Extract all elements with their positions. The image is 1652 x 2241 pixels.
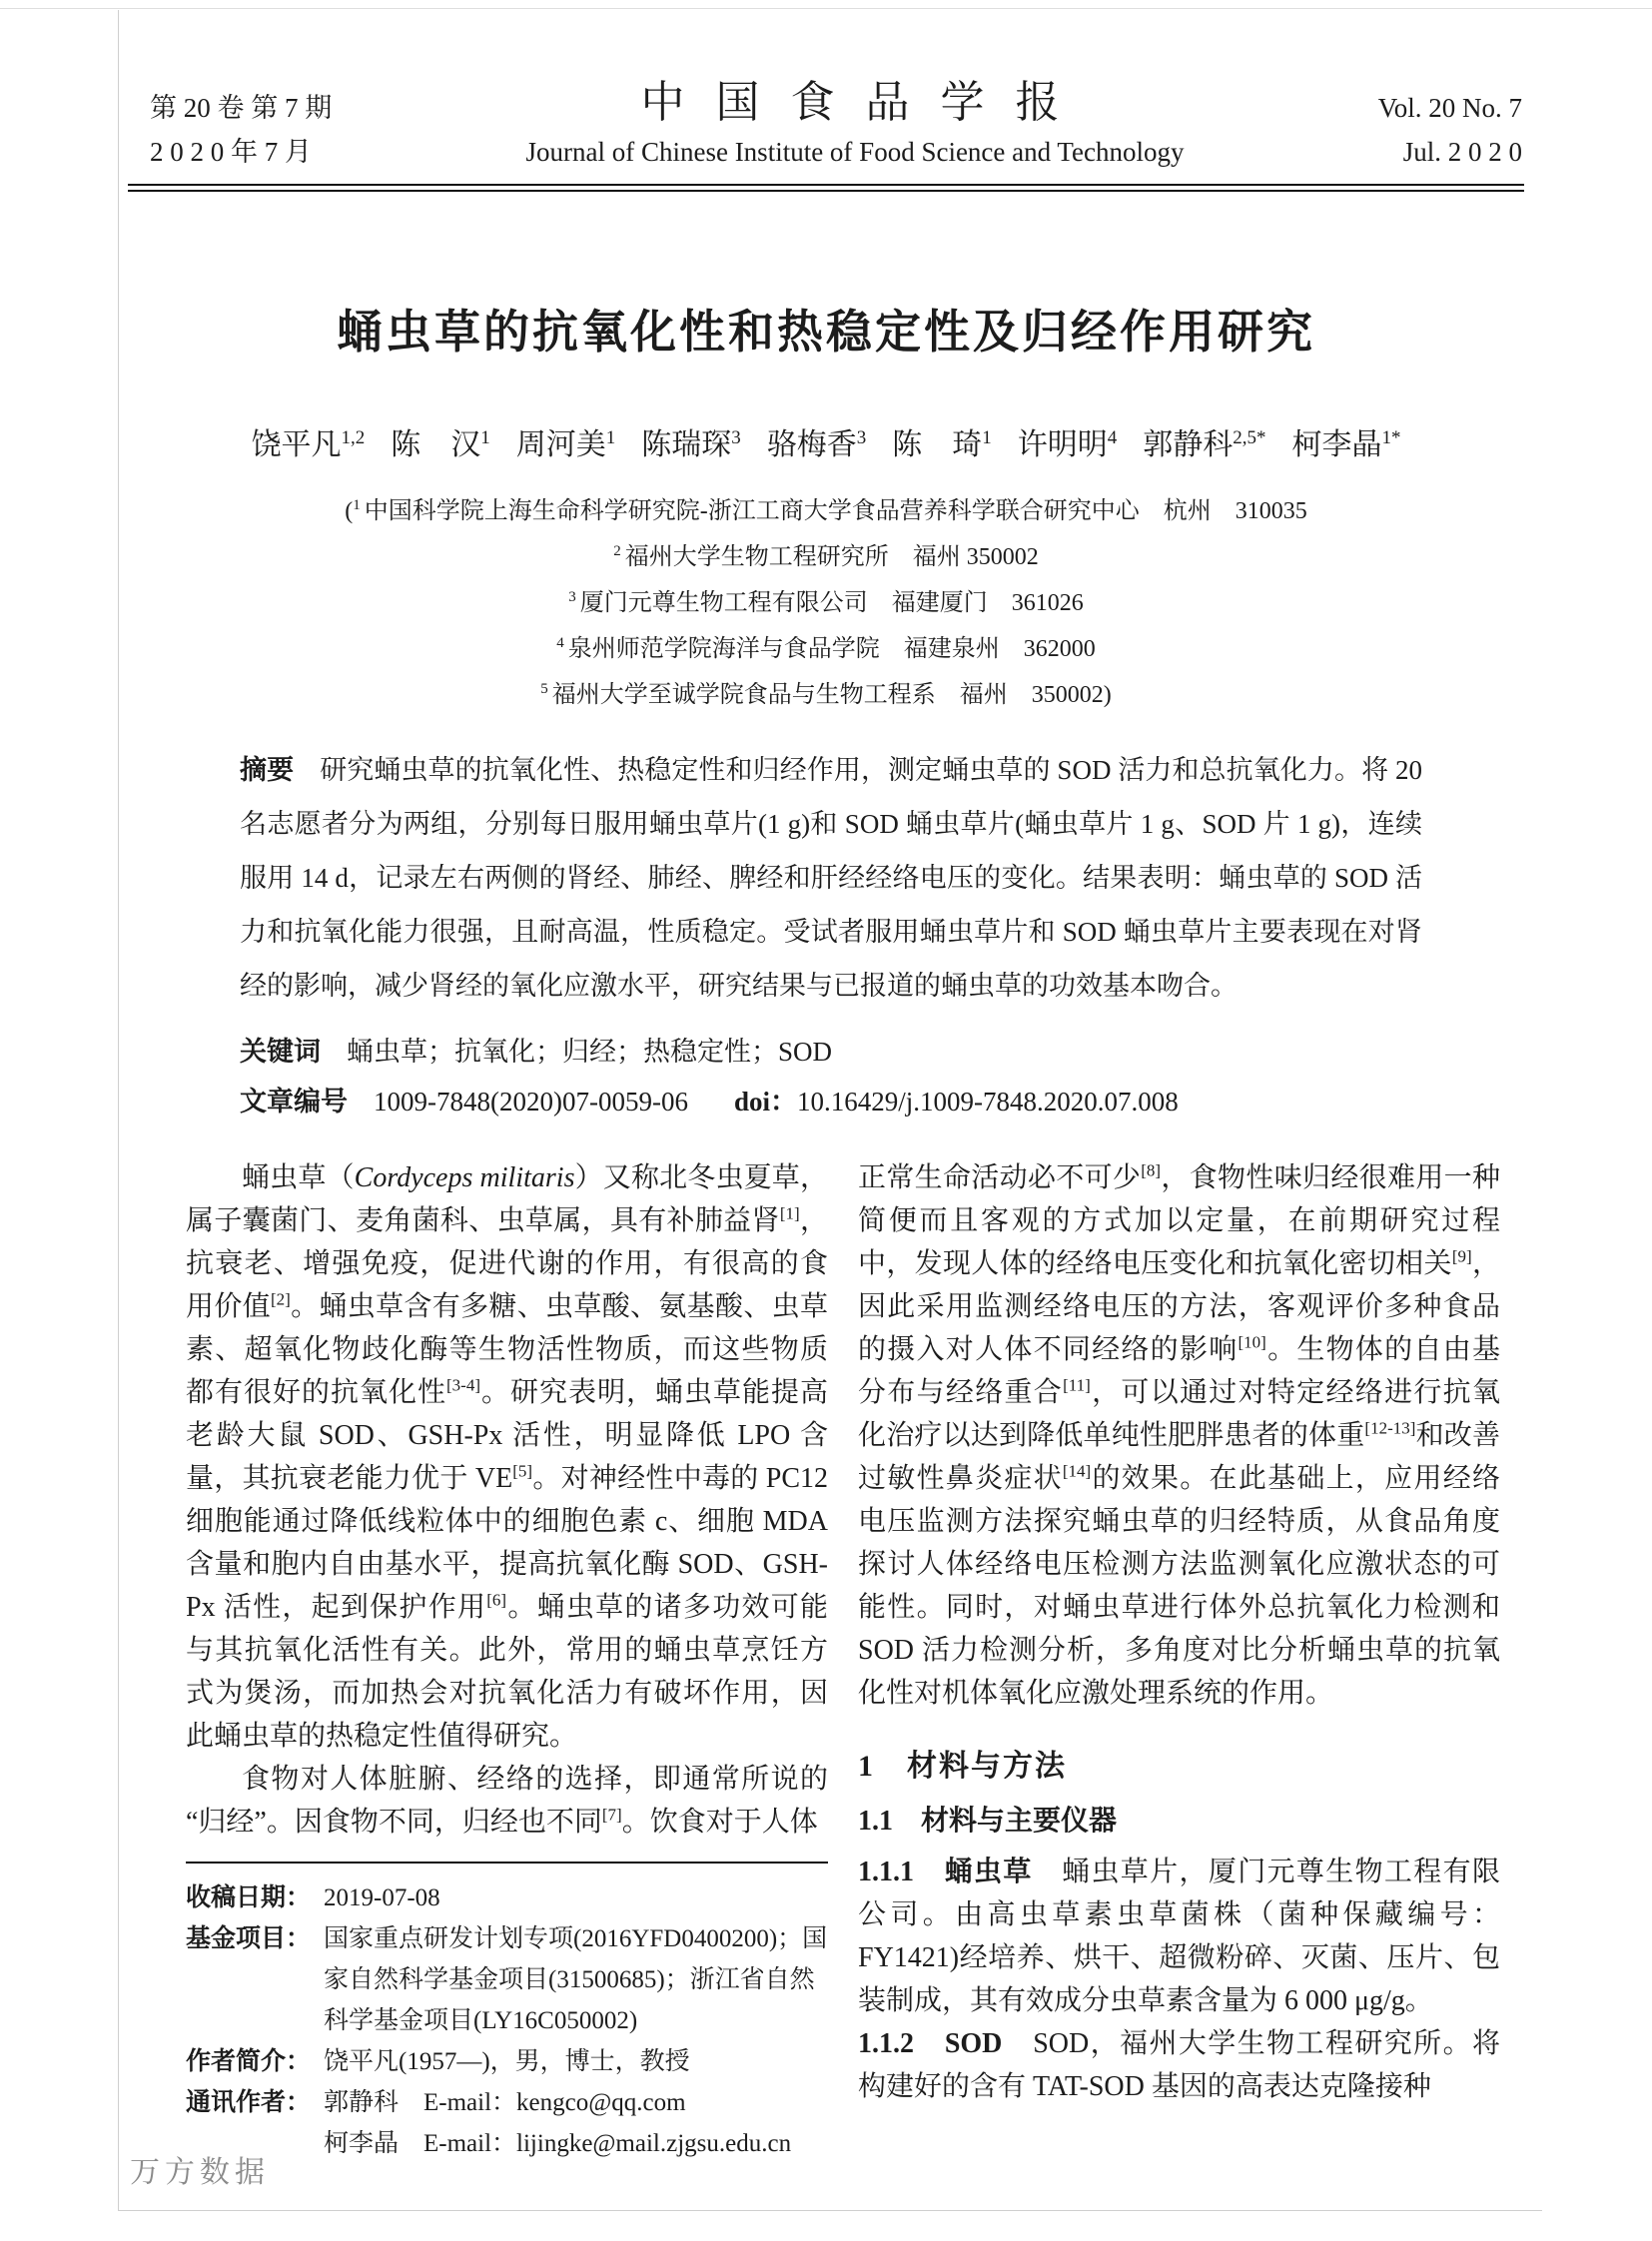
affiliations: (1中国科学院上海生命科学研究院-浙江工商大学食品营养科学联合研究中心 杭州 3…	[0, 485, 1652, 715]
author-name: 陈瑞琛	[641, 428, 731, 461]
footnote-row: 通讯作者：郭静科 E-mail：kengco@qq.com	[186, 2082, 828, 2123]
citation-ref: [5]	[512, 1462, 532, 1481]
citation-ref: [7]	[602, 1806, 622, 1825]
section-heading-1-1: 1.1 材料与主要仪器	[858, 1800, 1500, 1843]
article-number-row: 文章编号1009-7848(2020)07-0059-06doi：10.1642…	[240, 1077, 1422, 1126]
citation-ref: [8]	[1141, 1161, 1161, 1180]
footnote-label: 通讯作者：	[186, 2082, 324, 2123]
author: 骆梅香3	[767, 428, 867, 461]
footnote-label: 收稿日期：	[186, 1877, 324, 1918]
affiliation-line: 2福州大学生物工程研究所 福州 350002	[0, 531, 1652, 577]
affiliation-line: 4泉州师范学院海洋与食品学院 福建泉州 362000	[0, 623, 1652, 669]
author-name: 陈 琦	[892, 428, 982, 461]
affiliation-number: 4	[556, 635, 564, 651]
citation-ref: [11]	[1063, 1376, 1091, 1395]
text-run: 1.1.2 SOD	[858, 2028, 1002, 2059]
author-name: 许明明	[1018, 428, 1108, 461]
footnote-text: 2019-07-08	[324, 1877, 828, 1918]
author-affiliation-sup: 3	[731, 427, 741, 448]
text-run: 的效果。在此基础上，应用经络电压监测方法探究蛹虫草的归经特质，从食品角度探讨人体…	[858, 1463, 1500, 1709]
paragraph-1-1-2: 1.1.2 SOD SOD，福州大学生物工程研究所。将构建好的含有 TAT-SO…	[858, 2022, 1500, 2108]
citation-ref: [1]	[780, 1204, 800, 1223]
keywords-row: 关键词蛹虫草；抗氧化；归经；热稳定性；SOD	[240, 1027, 1422, 1077]
author-affiliation-sup: 3	[857, 427, 867, 448]
scan-edge-top	[0, 8, 1652, 9]
footnotes: 收稿日期：2019-07-08基金项目：国家重点研发计划专项(2016YFD04…	[186, 1862, 828, 2164]
paragraph-intro-1: 蛹虫草（Cordyceps militaris）又称北冬虫夏草，属子囊菌门、麦角…	[186, 1156, 828, 1758]
abstract-text: 研究蛹虫草的抗氧化性、热稳定性和归经作用，测定蛹虫草的 SOD 活力和总抗氧化力…	[240, 755, 1422, 1001]
header-volume-issue: 第 20 卷 第 7 期 2 0 2 0 年 7 月	[150, 86, 332, 174]
affiliation-number: 5	[540, 681, 548, 697]
journal-page: 第 20 卷 第 7 期 2 0 2 0 年 7 月 中 国 食 品 学 报 J…	[0, 0, 1652, 2241]
footnote-label: 作者简介：	[186, 2041, 324, 2082]
footnote-label: 基金项目：	[186, 1918, 324, 2041]
keywords-text: 蛹虫草；抗氧化；归经；热稳定性；SOD	[347, 1037, 832, 1067]
header-journal-title: 中 国 食 品 学 报 Journal of Chinese Institute…	[332, 76, 1377, 174]
volume-issue-cn: 第 20 卷 第 7 期	[150, 86, 332, 130]
body-columns: 蛹虫草（Cordyceps militaris）又称北冬虫夏草，属子囊菌门、麦角…	[186, 1156, 1500, 2164]
affiliation-number: 3	[568, 589, 576, 605]
journal-title-en: Journal of Chinese Institute of Food Sci…	[332, 130, 1377, 174]
left-column: 蛹虫草（Cordyceps militaris）又称北冬虫夏草，属子囊菌门、麦角…	[186, 1156, 828, 2164]
affiliation-text: 厦门元尊生物工程有限公司 福建厦门 361026	[580, 590, 1084, 616]
author: 陈 琦1	[892, 428, 992, 461]
author-name: 饶平凡	[252, 428, 342, 461]
footnote-row: 基金项目：国家重点研发计划专项(2016YFD0400200)；国家自然科学基金…	[186, 1918, 828, 2041]
affiliation-text: 福州大学生物工程研究所 福州 350002	[625, 544, 1039, 570]
author: 郭静科2,5*	[1143, 428, 1265, 461]
author-affiliation-sup: 2,5*	[1233, 427, 1265, 448]
text-run: Cordyceps militaris	[355, 1162, 575, 1193]
wanfang-watermark: 万方数据	[130, 2147, 270, 2191]
footnote-text: 柯李晶 E-mail：lijingke@mail.zjgsu.edu.cn	[324, 2123, 828, 2164]
author-affiliation-sup: 1*	[1382, 427, 1401, 448]
text-run: 蛹虫草（	[242, 1162, 355, 1193]
author-name: 柯李晶	[1292, 428, 1382, 461]
footnote-row: 作者简介：饶平凡(1957—)，男，博士，教授	[186, 2041, 828, 2082]
affiliation-number: 2	[613, 543, 621, 559]
footnote-row: 柯李晶 E-mail：lijingke@mail.zjgsu.edu.cn	[186, 2123, 828, 2164]
author: 陈瑞琛3	[641, 428, 741, 461]
scan-edge-left	[118, 10, 119, 2211]
keywords-label: 关键词	[240, 1037, 321, 1067]
authors-line: 饶平凡1,2陈 汉1周河美1陈瑞琛3骆梅香3陈 琦1许明明4郭静科2,5*柯李晶…	[150, 419, 1502, 463]
page-title: 蛹虫草的抗氧化性和热稳定性及归经作用研究	[160, 296, 1492, 362]
doi-label: doi：	[734, 1087, 797, 1117]
author-name: 骆梅香	[767, 428, 857, 461]
header-double-rule	[128, 184, 1524, 192]
article-number-value: 1009-7848(2020)07-0059-06	[374, 1087, 688, 1117]
author-affiliation-sup: 1,2	[342, 427, 366, 448]
affiliation-line: 5福州大学至诚学院食品与生物工程系 福州 350002)	[0, 669, 1652, 715]
journal-title-cn: 中 国 食 品 学 报	[332, 76, 1377, 130]
abstract-label: 摘要	[240, 755, 294, 785]
author: 陈 汉1	[391, 428, 490, 461]
affiliation-text: 泉州师范学院海洋与食品学院 福建泉州 362000	[568, 636, 1096, 662]
text-run: 。饮食对于人体	[622, 1807, 818, 1838]
citation-ref: [2]	[271, 1290, 291, 1309]
volume-issue-en: Vol. 20 No. 7	[1378, 86, 1522, 130]
author-name: 周河美	[516, 428, 606, 461]
footnote-text: 郭静科 E-mail：kengco@qq.com	[324, 2082, 828, 2123]
author-name: 陈 汉	[391, 428, 480, 461]
header-volume-issue-en: Vol. 20 No. 7 Jul. 2 0 2 0	[1378, 86, 1522, 174]
date-cn: 2 0 2 0 年 7 月	[150, 130, 332, 174]
footnote-text: 国家重点研发计划专项(2016YFD0400200)；国家自然科学基金项目(31…	[324, 1918, 828, 2041]
affiliation-text: 福州大学至诚学院食品与生物工程系 福州 350002)	[552, 682, 1112, 708]
author-affiliation-sup: 4	[1108, 427, 1118, 448]
affiliation-number: 1	[353, 497, 361, 513]
keywords-block: 关键词蛹虫草；抗氧化；归经；热稳定性；SOD 文章编号1009-7848(202…	[240, 1027, 1422, 1126]
author: 饶平凡1,2	[252, 428, 366, 461]
citation-ref: [14]	[1063, 1462, 1091, 1481]
text-run: 1.1.1 蛹虫草	[858, 1857, 1033, 1887]
citation-ref: [6]	[486, 1591, 506, 1610]
author: 许明明4	[1018, 428, 1118, 461]
footnote-row: 收稿日期：2019-07-08	[186, 1877, 828, 1918]
author-affiliation-sup: 1	[480, 427, 490, 448]
author: 柯李晶1*	[1292, 428, 1401, 461]
citation-ref: [12-13]	[1364, 1419, 1415, 1438]
paragraph-1-1-1: 1.1.1 蛹虫草 蛹虫草片，厦门元尊生物工程有限公司。由高虫草素虫草菌株（菌种…	[858, 1851, 1500, 2022]
citation-ref: [10]	[1239, 1333, 1266, 1352]
author-affiliation-sup: 1	[982, 427, 992, 448]
footnote-text: 饶平凡(1957—)，男，博士，教授	[324, 2041, 828, 2082]
paragraph-intro-3: 正常生命活动必不可少[8]，食物性味归经很难用一种简便而且客观的方式加以定量，在…	[858, 1156, 1500, 1715]
affiliation-line: 3厦门元尊生物工程有限公司 福建厦门 361026	[0, 577, 1652, 623]
affiliation-text: 中国科学院上海生命科学研究院-浙江工商大学食品营养科学联合研究中心 杭州 310…	[365, 498, 1307, 524]
section-heading-1: 1 材料与方法	[858, 1745, 1500, 1788]
doi-value: 10.16429/j.1009-7848.2020.07.008	[797, 1087, 1179, 1117]
right-column: 正常生命活动必不可少[8]，食物性味归经很难用一种简便而且客观的方式加以定量，在…	[858, 1156, 1500, 2164]
scan-edge-bottom	[118, 2210, 1542, 2211]
citation-ref: [3-4]	[446, 1376, 480, 1395]
article-number-label: 文章编号	[240, 1087, 348, 1117]
date-en: Jul. 2 0 2 0	[1378, 130, 1522, 174]
author-affiliation-sup: 1	[606, 427, 616, 448]
author: 周河美1	[516, 428, 616, 461]
abstract: 摘要研究蛹虫草的抗氧化性、热稳定性和归经作用，测定蛹虫草的 SOD 活力和总抗氧…	[240, 743, 1422, 1013]
text-run: 正常生命活动必不可少	[858, 1162, 1141, 1193]
journal-header: 第 20 卷 第 7 期 2 0 2 0 年 7 月 中 国 食 品 学 报 J…	[150, 76, 1522, 174]
citation-ref: [9]	[1452, 1247, 1472, 1266]
author-name: 郭静科	[1143, 428, 1233, 461]
paragraph-intro-2: 食物对人体脏腑、经络的选择，即通常所说的“归经”。因食物不同，归经也不同[7]。…	[186, 1758, 828, 1844]
affiliation-line: (1中国科学院上海生命科学研究院-浙江工商大学食品营养科学联合研究中心 杭州 3…	[0, 485, 1652, 531]
